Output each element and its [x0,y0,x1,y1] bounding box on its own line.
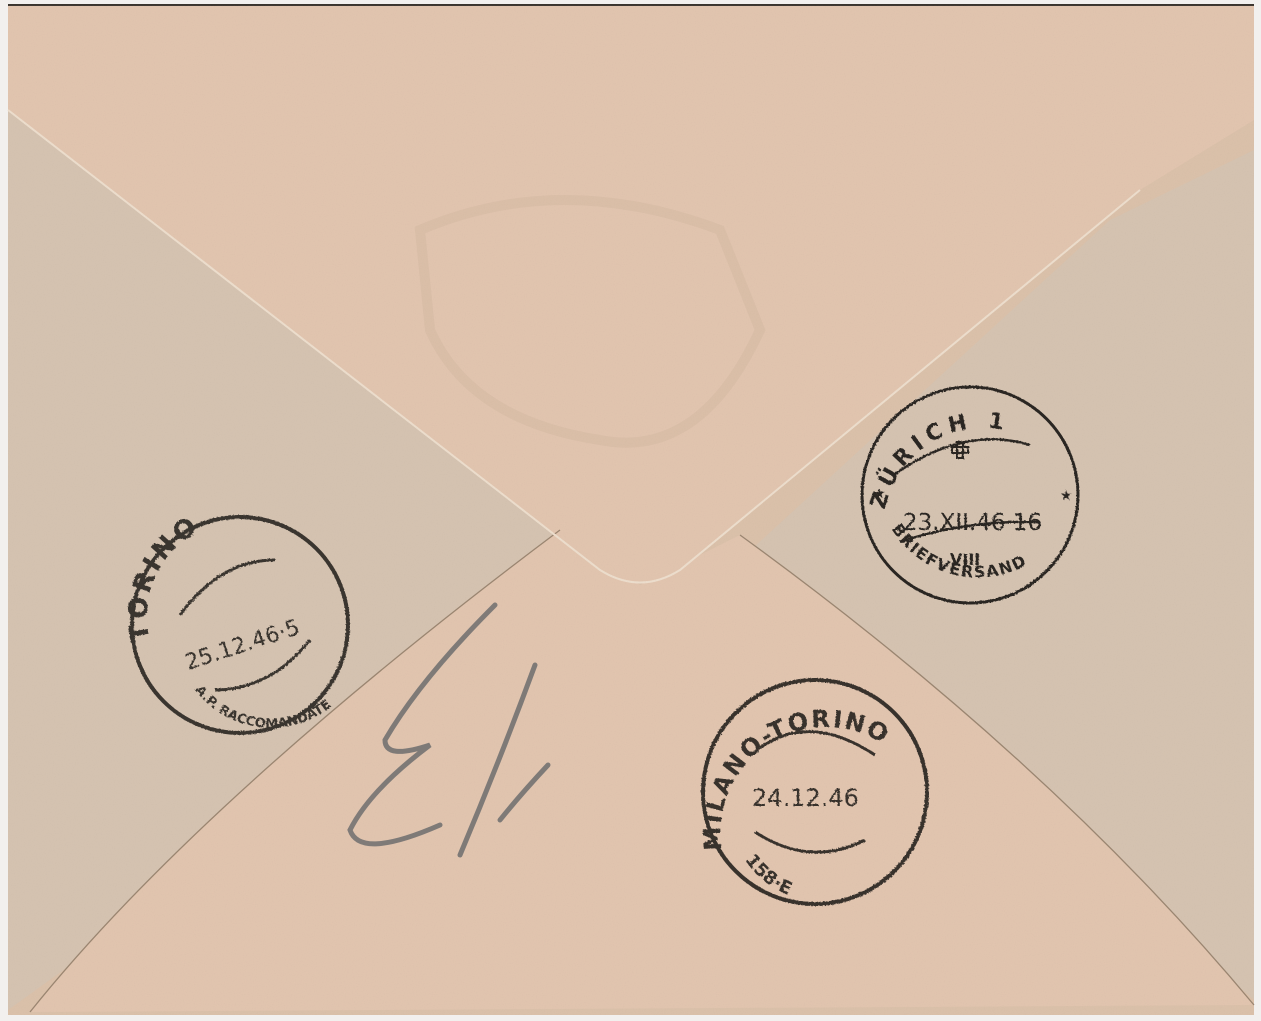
pencil-note-value: 13 [0,0,2,1]
envelope-illustration: ZÜRICH 1 23.XII.46·16 VIII BRIEFVERSAND … [0,0,1261,1021]
postmark-milano-torino-date: 24.12.46 [752,784,859,812]
envelope-back: ZÜRICH 1 23.XII.46·16 VIII BRIEFVERSAND … [0,0,1261,1021]
star-icon: ★ [1060,489,1073,504]
paper-grain [8,5,1254,1015]
star-icon: ★ [873,487,886,502]
postmark-zurich-date: 23.XII.46·16 [903,510,1042,536]
